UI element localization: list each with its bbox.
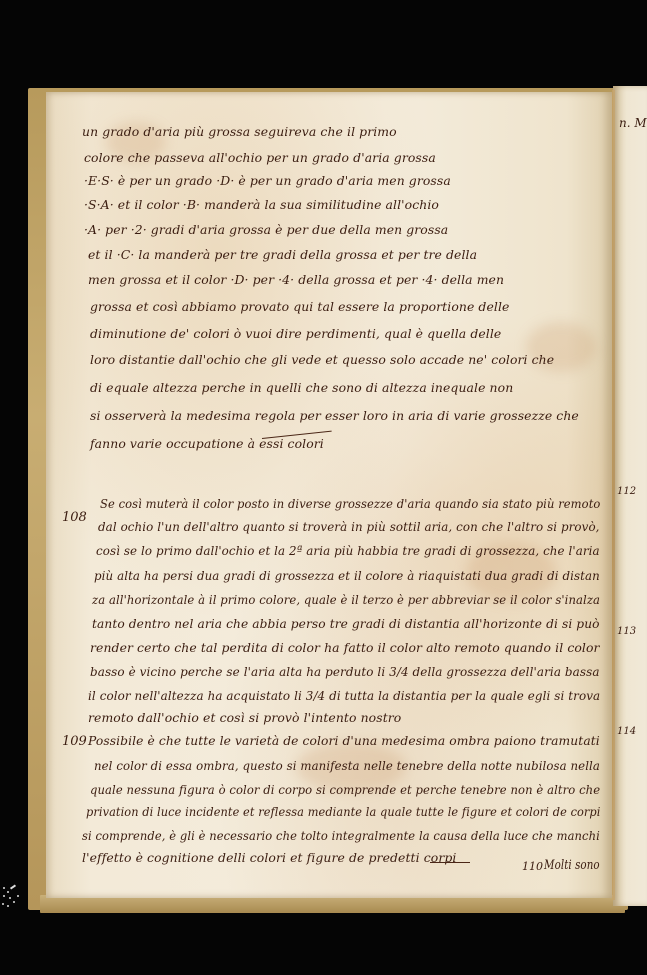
manuscript-line: ·S·A· et il color ·B· manderà la sua sim… (84, 197, 439, 212)
gutter-fold (612, 90, 615, 900)
catchword-text: Molti sono (544, 858, 600, 873)
manuscript-line: tanto dentro nel aria che abbia perso tr… (92, 616, 600, 631)
manuscript-line: diminutione de' colori ò vuoi dire perdi… (90, 326, 501, 341)
manuscript-line: grossa et così abbiamo provato qui tal e… (90, 299, 509, 314)
manuscript-line: di equale altezza perche in quelli che s… (90, 380, 513, 395)
manuscript-line: za all'horizontale à il primo colore, qu… (92, 592, 600, 607)
manuscript-line: loro distantie dall'ochio che gli vede e… (90, 352, 554, 367)
manuscript-line: men grossa et il color ·D· per ·4· della… (88, 272, 504, 287)
facing-page-number: 112 (617, 486, 636, 497)
manuscript-line: ·A· per ·2· gradi d'aria grossa è per du… (84, 222, 448, 237)
facing-page-number: 113 (617, 626, 636, 637)
manuscript-line: dal ochio l'un dell'altro quanto si trov… (98, 519, 600, 534)
paragraph-number: 108 (62, 510, 87, 525)
manuscript-line: et il ·C· la manderà per tre gradi della… (88, 247, 477, 262)
manuscript-line: privation di luce incidente et reflessa … (86, 804, 601, 819)
manuscript-line: più alta ha persi dua gradi di grossezza… (94, 568, 600, 583)
manuscript-line: Possibile è che tutte le varietà de colo… (88, 733, 600, 748)
manuscript-line: il color nell'altezza ha acquistato li 3… (88, 688, 600, 703)
manuscript-line: ·E·S· è per un grado ·D· è per un grado … (84, 173, 451, 188)
facing-page-number: 114 (617, 726, 636, 737)
scale-marker-icon (0, 878, 22, 928)
manuscript-line: quale nessuna figura ò color di corpo si… (90, 782, 600, 797)
manuscript-line: colore che passeva all'ochio per un grad… (84, 150, 436, 165)
facing-page-fragment: n. M (619, 116, 647, 130)
manuscript-line: render certo che tal perdita di color ha… (90, 640, 600, 655)
line-flourish (430, 862, 470, 863)
paragraph-number: 109 (62, 734, 87, 749)
manuscript-line: remoto dall'ochio et così si provò l'int… (88, 710, 401, 725)
manuscript-line: Se così muterà il color posto in diverse… (100, 496, 600, 511)
manuscript-line: un grado d'aria più grossa seguireva che… (82, 124, 397, 139)
manuscript-line: fanno varie occupatione à essi colori (90, 436, 324, 451)
manuscript-line: nel color di essa ombra, questo si manif… (94, 758, 600, 773)
manuscript-line: si comprende, è gli è necessario che tol… (82, 828, 600, 843)
manuscript-line: l'effetto è cognitione delli colori et f… (82, 850, 456, 865)
manuscript-page (46, 92, 612, 898)
manuscript-line: si osserverà la medesima regola per esse… (90, 408, 579, 423)
manuscript-line: così se lo primo dall'ochio et la 2ª ari… (96, 543, 600, 558)
facing-page-edge: n. M 112 113 114 (613, 86, 647, 906)
manuscript-line: basso è vicino perche se l'aria alta ha … (90, 664, 600, 679)
catchword-number: 110 (522, 860, 543, 873)
